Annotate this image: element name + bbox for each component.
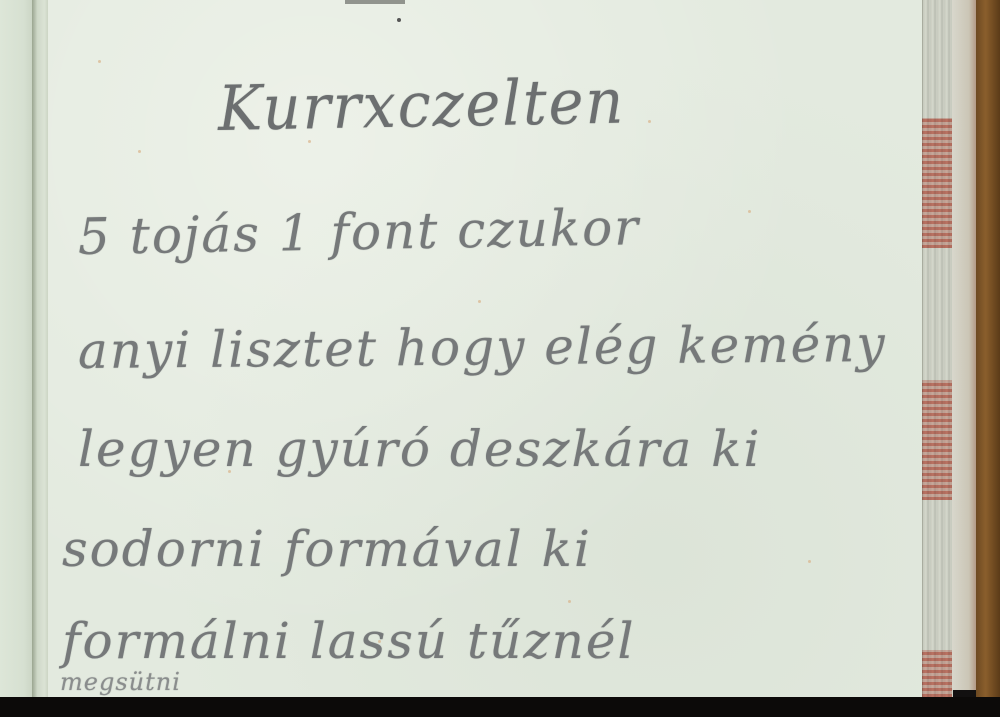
red-edge-stain-bottom — [922, 650, 952, 697]
notebook-photo: Kurrxczelten 5 tojás 1 font czukor anyi … — [0, 0, 1000, 717]
margin-note: megsütni — [60, 668, 181, 696]
recipe-title: Kurrxczelten — [217, 65, 625, 145]
red-edge-stain-middle — [922, 380, 952, 500]
bottom-shadow — [0, 697, 1000, 717]
top-pencil-mark — [345, 0, 405, 4]
red-edge-stain-top — [922, 118, 952, 248]
left-facing-page — [0, 0, 35, 697]
endpaper-edge — [952, 0, 976, 690]
top-dot-mark — [397, 18, 401, 22]
book-cover-edge — [976, 0, 1000, 717]
recipe-line-3: legyen gyúró deszkára ki — [78, 420, 761, 478]
recipe-line-4: sodorni formával ki — [62, 520, 592, 578]
recipe-line-1: 5 tojás 1 font czukor — [77, 198, 640, 266]
page-edge-stack — [922, 0, 953, 697]
recipe-line-2: anyi lisztet hogy elég kemény — [78, 315, 887, 380]
recipe-line-5: formálni lassú tűznél — [62, 612, 635, 670]
